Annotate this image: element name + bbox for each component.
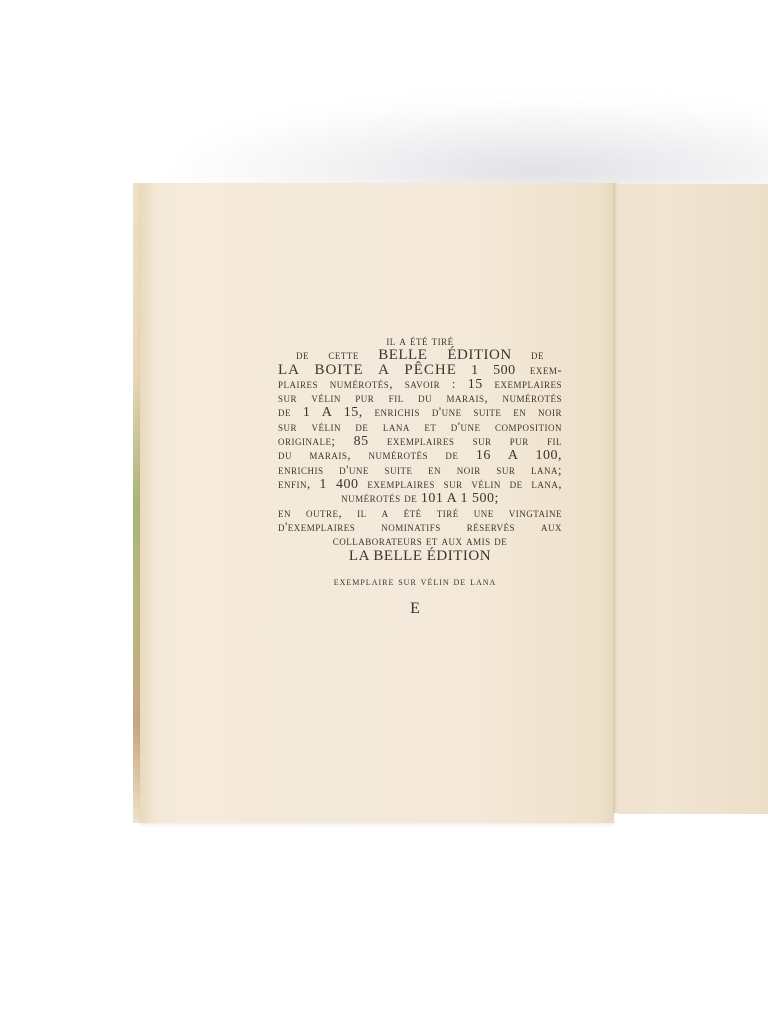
colophon-line: EN OUTRE, IL A ÉTÉ TIRÉ UNE VINGTAINE (278, 506, 562, 520)
colophon-line: D'EXEMPLAIRES NOMINATIFS RÉSERVÉS AUX (278, 520, 562, 534)
colophon-line: DE CETTE BELLE ÉDITION DE (278, 348, 562, 362)
colophon-line: SUR VÉLIN PUR FIL DU MARAIS, NUMÉROTÉS (278, 391, 562, 405)
colophon-line: COLLABORATEURS ET AUX AMIS DE (278, 534, 562, 548)
colophon-line: ENRICHIS D'UNE SUITE EN NOIR SUR LANA; (278, 463, 562, 477)
book-shadow (180, 100, 768, 190)
publisher-name: LA BELLE ÉDITION (278, 548, 562, 564)
colophon-line: ENFIN, 1 400 EXEMPLAIRES SUR VÉLIN DE LA… (278, 477, 562, 491)
copy-type: EXEMPLAIRE SUR VÉLIN DE LANA (300, 576, 530, 588)
colophon-text: IL A ÉTÉ TIRÉ DE CETTE BELLE ÉDITION DE … (278, 334, 562, 564)
colophon-line: ORIGINALE; 85 EXEMPLAIRES SUR PUR FIL (278, 434, 562, 448)
colophon-line: DU MARAIS, NUMÉROTÉS DE 16 A 100, (278, 448, 562, 462)
colophon-line: DE 1 A 15, ENRICHIS D'UNE SUITE EN NOIR (278, 405, 562, 419)
colophon-line: NUMÉROTÉS DE 101 A 1 500; (278, 491, 562, 505)
colophon-line: PLAIRES NUMÉROTÉS, SAVOIR : 15 EXEMPLAIR… (278, 377, 562, 391)
colophon-line: SUR VÉLIN DE LANA ET D'UNE COMPOSITION (278, 420, 562, 434)
right-page (618, 184, 768, 814)
colophon-line: LA BOITE A PÊCHE 1 500 EXEM- (278, 363, 562, 377)
copy-mark: E (300, 600, 530, 618)
